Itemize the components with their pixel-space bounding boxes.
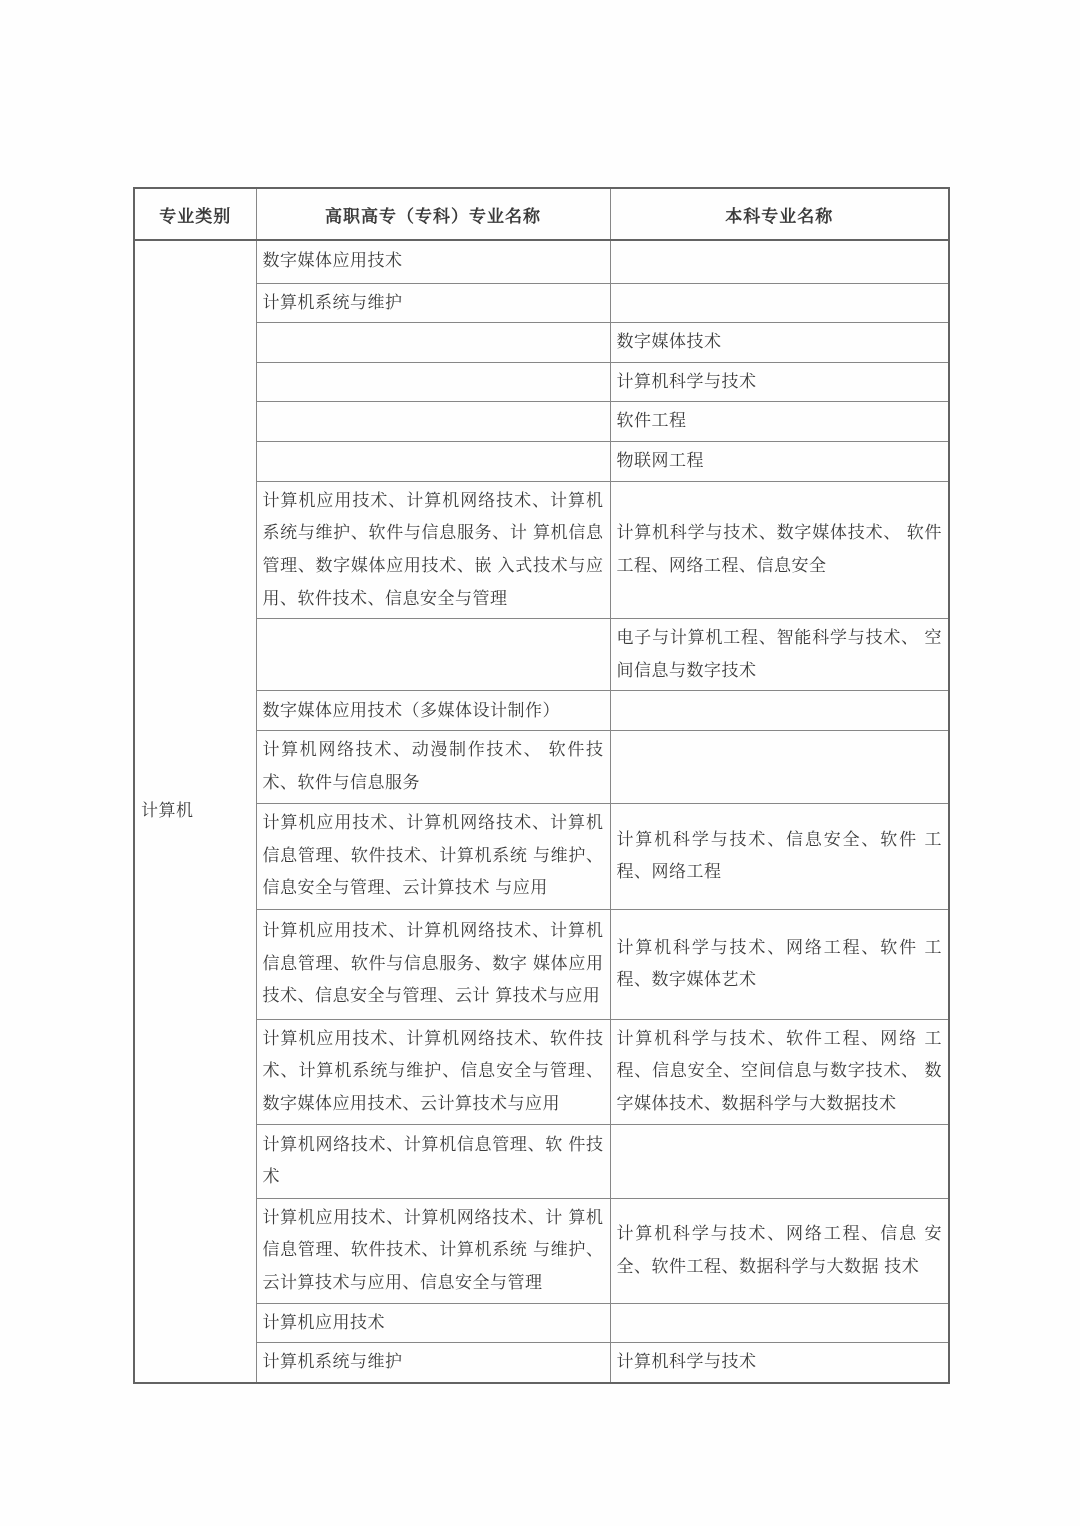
undergraduate-cell: 物联网工程 xyxy=(610,442,949,482)
table-row: 计算机应用技术、计算机网络技术、计算机信息管理、软件与信息服务、数字 媒体应用技… xyxy=(134,909,949,1019)
undergraduate-cell xyxy=(610,691,949,731)
vocational-cell: 数字媒体应用技术 xyxy=(256,240,610,283)
document-page: 专业类别 高职高专（专科）专业名称 本科专业名称 计算机 数字媒体应用技术 计算… xyxy=(0,0,1080,1526)
table-row: 软件工程 xyxy=(134,402,949,442)
undergraduate-cell: 数字媒体技术 xyxy=(610,323,949,363)
vocational-cell: 计算机应用技术、计算机网络技术、计 算机信息管理、软件技术、计算机系统 与维护、… xyxy=(256,1198,610,1303)
undergraduate-cell: 软件工程 xyxy=(610,402,949,442)
table-row: 计算机应用技术 xyxy=(134,1303,949,1343)
vocational-cell xyxy=(256,362,610,402)
table-row: 电子与计算机工程、智能科学与技术、 空间信息与数字技术 xyxy=(134,619,949,691)
table-row: 计算机科学与技术 xyxy=(134,362,949,402)
table-row: 数字媒体应用技术（多媒体设计制作） xyxy=(134,691,949,731)
vocational-cell: 计算机应用技术、计算机网络技术、软件技术、计算机系统与维护、信息安全与管理、数字… xyxy=(256,1019,610,1124)
vocational-cell: 计算机网络技术、动漫制作技术、 软件技术、软件与信息服务 xyxy=(256,731,610,803)
major-mapping-table: 专业类别 高职高专（专科）专业名称 本科专业名称 计算机 数字媒体应用技术 计算… xyxy=(133,187,950,1384)
header-category: 专业类别 xyxy=(134,188,256,240)
table-row: 计算机应用技术、计算机网络技术、计算机系统与维护、软件与信息服务、计 算机信息管… xyxy=(134,481,949,619)
undergraduate-cell: 计算机科学与技术、网络工程、软件 工程、数字媒体艺术 xyxy=(610,909,949,1019)
undergraduate-cell: 电子与计算机工程、智能科学与技术、 空间信息与数字技术 xyxy=(610,619,949,691)
table-row: 计算机应用技术、计算机网络技术、软件技术、计算机系统与维护、信息安全与管理、数字… xyxy=(134,1019,949,1124)
undergraduate-cell xyxy=(610,283,949,323)
vocational-cell: 计算机应用技术 xyxy=(256,1303,610,1343)
undergraduate-cell: 计算机科学与技术、信息安全、软件 工程、网络工程 xyxy=(610,803,949,909)
undergraduate-cell xyxy=(610,240,949,283)
vocational-cell: 计算机系统与维护 xyxy=(256,283,610,323)
vocational-cell: 计算机系统与维护 xyxy=(256,1343,610,1383)
vocational-cell: 计算机应用技术、计算机网络技术、计算机信息管理、软件技术、计算机系统 与维护、信… xyxy=(256,803,610,909)
table-row: 计算机应用技术、计算机网络技术、计算机信息管理、软件技术、计算机系统 与维护、信… xyxy=(134,803,949,909)
undergraduate-cell: 计算机科学与技术、软件工程、网络 工程、信息安全、空间信息与数字技术、 数字媒体… xyxy=(610,1019,949,1124)
table-row: 计算机应用技术、计算机网络技术、计 算机信息管理、软件技术、计算机系统 与维护、… xyxy=(134,1198,949,1303)
undergraduate-cell: 计算机科学与技术、数字媒体技术、 软件工程、网络工程、信息安全 xyxy=(610,481,949,619)
table-row: 物联网工程 xyxy=(134,442,949,482)
table-row: 计算机系统与维护 xyxy=(134,283,949,323)
table-row: 数字媒体技术 xyxy=(134,323,949,363)
header-vocational: 高职高专（专科）专业名称 xyxy=(256,188,610,240)
vocational-cell xyxy=(256,323,610,363)
table-row: 计算机网络技术、动漫制作技术、 软件技术、软件与信息服务 xyxy=(134,731,949,803)
table-row: 计算机网络技术、计算机信息管理、软 件技术 xyxy=(134,1124,949,1198)
vocational-cell: 计算机网络技术、计算机信息管理、软 件技术 xyxy=(256,1124,610,1198)
undergraduate-cell xyxy=(610,1303,949,1343)
undergraduate-cell xyxy=(610,731,949,803)
vocational-cell xyxy=(256,402,610,442)
undergraduate-cell: 计算机科学与技术、网络工程、信息 安全、软件工程、数据科学与大数据 技术 xyxy=(610,1198,949,1303)
undergraduate-cell xyxy=(610,1124,949,1198)
vocational-cell: 计算机应用技术、计算机网络技术、计算机信息管理、软件与信息服务、数字 媒体应用技… xyxy=(256,909,610,1019)
category-cell: 计算机 xyxy=(134,240,256,1383)
table-row: 计算机 数字媒体应用技术 xyxy=(134,240,949,283)
table-row: 计算机系统与维护 计算机科学与技术 xyxy=(134,1343,949,1383)
header-row: 专业类别 高职高专（专科）专业名称 本科专业名称 xyxy=(134,188,949,240)
vocational-cell xyxy=(256,442,610,482)
header-undergraduate: 本科专业名称 xyxy=(610,188,949,240)
undergraduate-cell: 计算机科学与技术 xyxy=(610,1343,949,1383)
vocational-cell xyxy=(256,619,610,691)
vocational-cell: 数字媒体应用技术（多媒体设计制作） xyxy=(256,691,610,731)
undergraduate-cell: 计算机科学与技术 xyxy=(610,362,949,402)
vocational-cell: 计算机应用技术、计算机网络技术、计算机系统与维护、软件与信息服务、计 算机信息管… xyxy=(256,481,610,619)
